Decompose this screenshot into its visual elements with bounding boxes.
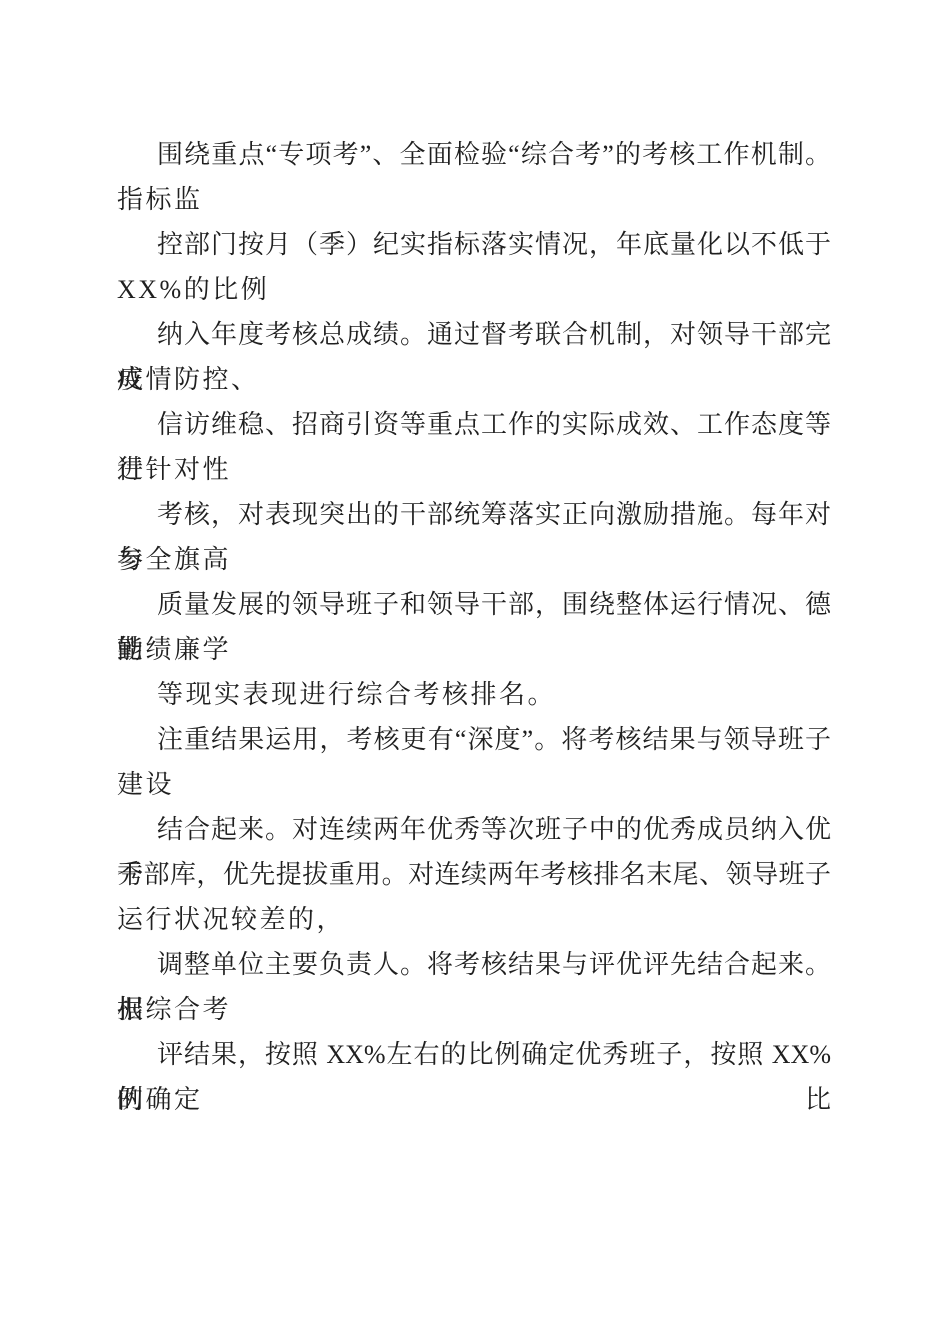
text-line: 运行状况较差的， (117, 897, 831, 942)
text-line: 建设 (117, 762, 831, 807)
text-line: 评结果，按照 XX%左右的比例确定优秀班子，按照 XX%的比 (117, 1032, 831, 1077)
text-line: 结合起来。对连续两年优秀等次班子中的优秀成员纳入优秀 (117, 807, 831, 852)
text-line: 注重结果运用，考核更有“深度”。将考核结果与领导班子 (117, 717, 831, 762)
text-line: 等现实表现进行综合考核排名。 (117, 672, 831, 717)
text-line: 控部门按月（季）纪实指标落实情况，年底量化以不低于 (117, 222, 831, 267)
text-line: 指标监 (117, 177, 831, 222)
text-line: 信访维稳、招商引资等重点工作的实际成效、工作态度等进 (117, 402, 831, 447)
text-line: 纳入年度考核总成绩。通过督考联合机制，对领导干部完成 (117, 312, 831, 357)
text-line: XX%的比例 (117, 267, 831, 312)
text-line: 据综合考 (117, 987, 831, 1032)
text-line: 疫情防控、 (117, 357, 831, 402)
text-line: 围绕重点“专项考”、全面检验“综合考”的考核工作机制。 (117, 132, 831, 177)
text-line: 与全旗高 (117, 537, 831, 582)
text-line: 考核，对表现突出的干部统筹落实正向激励措施。每年对参 (117, 492, 831, 537)
document-page: 围绕重点“专项考”、全面检验“综合考”的考核工作机制。指标监控部门按月（季）纪实… (0, 0, 950, 1344)
text-line: 勤绩廉学 (117, 627, 831, 672)
text-line: 调整单位主要负责人。将考核结果与评优评先结合起来。根 (117, 942, 831, 987)
text-line: 干部库，优先提拔重用。对连续两年考核排名末尾、领导班子 (117, 852, 831, 897)
text-line: 行针对性 (117, 447, 831, 492)
text-block: 围绕重点“专项考”、全面检验“综合考”的考核工作机制。指标监控部门按月（季）纪实… (117, 132, 831, 1122)
text-line: 质量发展的领导班子和领导干部，围绕整体运行情况、德能 (117, 582, 831, 627)
